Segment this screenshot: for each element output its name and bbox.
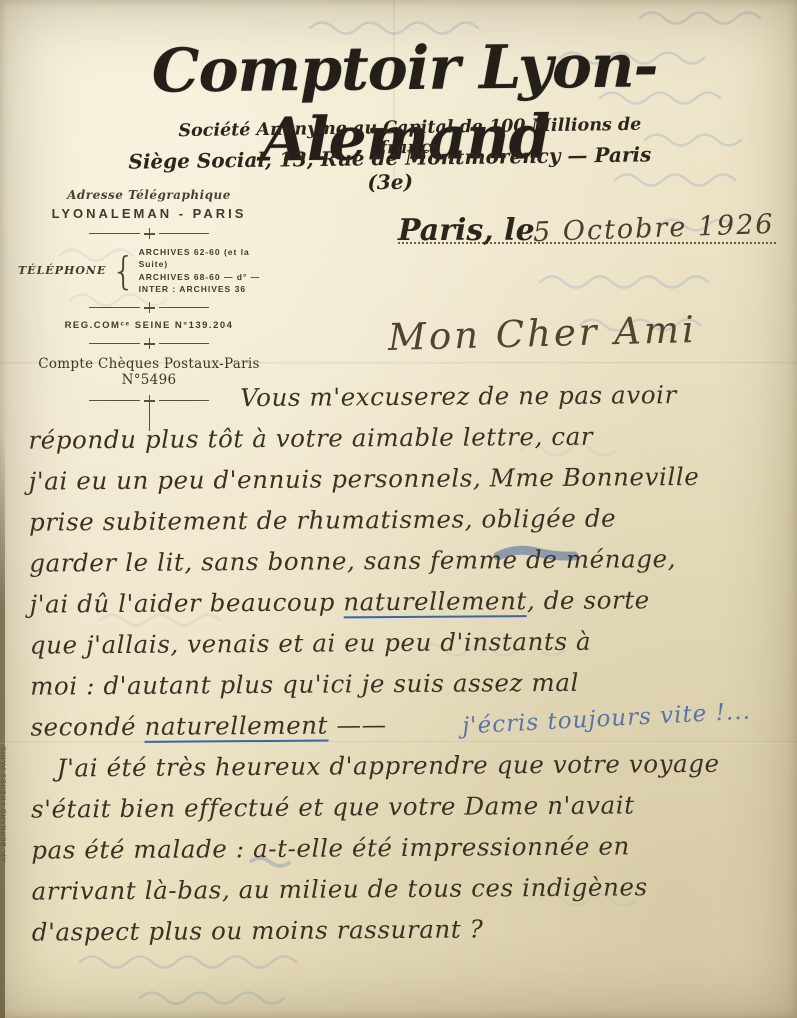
dateline-printed-label: Paris, le: [398, 213, 535, 248]
telegraph-address-value: LYONALEMAN - PARIS: [18, 206, 280, 221]
cross-ornament-icon: [144, 228, 155, 239]
telephone-line-1: ARCHIVES 62-60 (et la Suite): [139, 246, 280, 271]
body-line: arrivant là-bas, au milieu de tous ces i…: [31, 865, 783, 911]
cross-ornament-icon: [144, 302, 155, 313]
salutation: Mon Cher Ami: [387, 308, 697, 359]
blue-underlined-word: naturellement: [343, 586, 527, 618]
body-line: s'était bien effectué et que votre Dame …: [31, 783, 783, 829]
cross-ornament-icon: [144, 338, 155, 349]
body-line: moi : d'autant plus qu'ici je suis assez…: [30, 660, 782, 706]
telegraph-address-label: Adresse Télégraphique: [18, 188, 280, 202]
ornament-divider: [89, 338, 209, 349]
commerce-registry: REG.COMᶜᵉ SEINE N°139.204: [18, 320, 280, 331]
telephone-label: TÉLÉPHONE: [18, 264, 106, 277]
printer-imprint: AP. BERNARD FRÈRES PARIS: [1, 742, 8, 862]
body-line: Vous m'excuserez de ne pas avoir: [28, 373, 780, 419]
body-line: répondu plus tôt à votre aimable lettre,…: [28, 414, 780, 460]
scan-edge-shadow: [0, 430, 5, 1018]
letter-body: Vous m'excuserez de ne pas avoir répondu…: [28, 373, 784, 952]
dateline: Paris, le 5 Octobre 1926: [398, 198, 776, 244]
telephone-block: TÉLÉPHONE { ARCHIVES 62-60 (et la Suite)…: [18, 246, 280, 295]
ornament-divider: [89, 302, 209, 313]
brace-glyph: {: [111, 252, 135, 290]
body-line: d'aspect plus ou moins rassurant ?: [32, 906, 784, 952]
dateline-handwritten-date: 5 Octobre 1926: [533, 209, 776, 248]
body-line: j'ai eu un peu d'ennuis personnels, Mme …: [29, 455, 781, 501]
body-line: J'ai été très heureux d'apprendre que vo…: [31, 742, 783, 788]
body-line: garder le lit, sans bonne, sans femme de…: [29, 537, 781, 583]
body-line: j'ai dû l'aider beaucoup naturellement, …: [29, 578, 781, 624]
telephone-numbers: ARCHIVES 62-60 (et la Suite) ARCHIVES 68…: [139, 246, 280, 295]
letter-scan-page: Comptoir Lyon-Alemand Société Anonyme au…: [0, 0, 797, 1018]
body-line: pas été malade : a-t-elle été impression…: [31, 824, 783, 870]
ornament-divider: [89, 228, 209, 239]
blue-underlined-word: naturellement: [144, 711, 328, 743]
body-line: que j'allais, venais et ai eu peu d'inst…: [30, 619, 782, 665]
telephone-line-2: ARCHIVES 68-60 — d° —: [139, 271, 280, 283]
telephone-line-3: INTER : ARCHIVES 36: [139, 283, 280, 295]
body-line: prise subitement de rhumatismes, obligée…: [29, 496, 781, 542]
